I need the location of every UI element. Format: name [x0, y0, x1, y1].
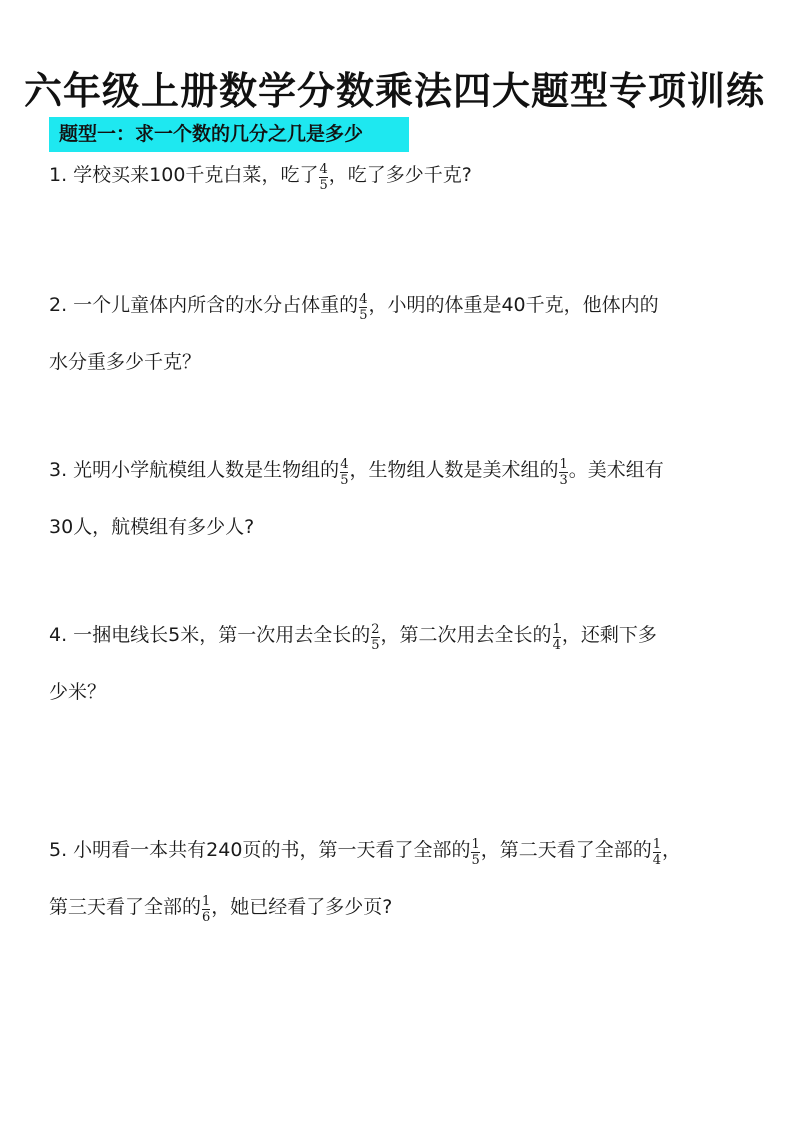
- question-line: 少米？: [49, 677, 106, 707]
- fraction: 15: [471, 838, 479, 867]
- question-line: 5. 小明看一本共有240页的书，第一天看了全部的15，第二天看了全部的14，: [49, 835, 681, 865]
- question-text: ，她已经看了多少页?: [211, 896, 392, 918]
- fraction-denominator: 5: [371, 639, 379, 652]
- question-line: 3. 光明小学航模组人数是生物组的45，生物组人数是美术组的13。美术组有: [49, 455, 664, 485]
- question-number: 1.: [49, 164, 73, 186]
- question-text: 少米？: [49, 681, 106, 703]
- fraction-denominator: 4: [653, 854, 661, 867]
- fraction: 45: [340, 458, 348, 487]
- fraction-denominator: 6: [202, 911, 210, 924]
- question-line: 水分重多少千克？: [49, 347, 201, 377]
- question-text: ，还剩下多: [562, 624, 657, 646]
- question-line: 第三天看了全部的16，她已经看了多少页?: [49, 892, 392, 922]
- fraction-denominator: 3: [559, 474, 567, 487]
- fraction-numerator: 1: [553, 623, 561, 636]
- fraction-numerator: 4: [359, 293, 367, 306]
- fraction-numerator: 4: [340, 458, 348, 471]
- fraction-denominator: 5: [319, 179, 327, 192]
- fraction-denominator: 5: [340, 474, 348, 487]
- fraction-numerator: 1: [202, 895, 210, 908]
- question-line: 30人，航模组有多少人?: [49, 512, 254, 542]
- fraction-denominator: 4: [553, 639, 561, 652]
- question-text: 一个儿童体内所含的水分占体重的: [73, 294, 358, 316]
- question-number: 5.: [49, 839, 73, 861]
- question-text: 学校买来100千克白菜，吃了: [73, 164, 318, 186]
- question-number: 3.: [49, 459, 73, 481]
- fraction: 14: [553, 623, 561, 652]
- fraction-numerator: 2: [371, 623, 379, 636]
- question-number: 4.: [49, 624, 73, 646]
- fraction-denominator: 5: [471, 854, 479, 867]
- section-heading: 题型一：求一个数的几分之几是多少: [49, 117, 409, 152]
- fraction-numerator: 1: [471, 838, 479, 851]
- question-text: 光明小学航模组人数是生物组的: [73, 459, 339, 481]
- question-text: ，: [662, 839, 681, 861]
- question-text: ，吃了多少千克?: [329, 164, 472, 186]
- question-text: ，小明的体重是40千克，他体内的: [368, 294, 658, 316]
- question-number: 2.: [49, 294, 73, 316]
- question-text: ，第二次用去全长的: [381, 624, 552, 646]
- question-text: 。美术组有: [569, 459, 664, 481]
- question-line: 2. 一个儿童体内所含的水分占体重的45，小明的体重是40千克，他体内的: [49, 290, 659, 320]
- fraction: 16: [202, 895, 210, 924]
- fraction: 45: [359, 293, 367, 322]
- question-line: 4. 一捆电线长5米，第一次用去全长的25，第二次用去全长的14，还剩下多: [49, 620, 657, 650]
- fraction-denominator: 5: [359, 309, 367, 322]
- fraction: 13: [559, 458, 567, 487]
- page-title: 六年级上册数学分数乘法四大题型专项训练: [0, 60, 789, 115]
- question-text: 水分重多少千克？: [49, 351, 201, 373]
- fraction-numerator: 1: [559, 458, 567, 471]
- question-text: 第三天看了全部的: [49, 896, 201, 918]
- fraction: 45: [319, 163, 327, 192]
- question-text: 小明看一本共有240页的书，第一天看了全部的: [73, 839, 470, 861]
- fraction-numerator: 1: [653, 838, 661, 851]
- question-text: 30人，航模组有多少人?: [49, 516, 254, 538]
- question-text: ，第二天看了全部的: [481, 839, 652, 861]
- question-text: ，生物组人数是美术组的: [349, 459, 558, 481]
- question-text: 一捆电线长5米，第一次用去全长的: [73, 624, 370, 646]
- fraction-numerator: 4: [319, 163, 327, 176]
- fraction: 14: [653, 838, 661, 867]
- fraction: 25: [371, 623, 379, 652]
- question-line: 1. 学校买来100千克白菜，吃了45，吃了多少千克?: [49, 160, 472, 190]
